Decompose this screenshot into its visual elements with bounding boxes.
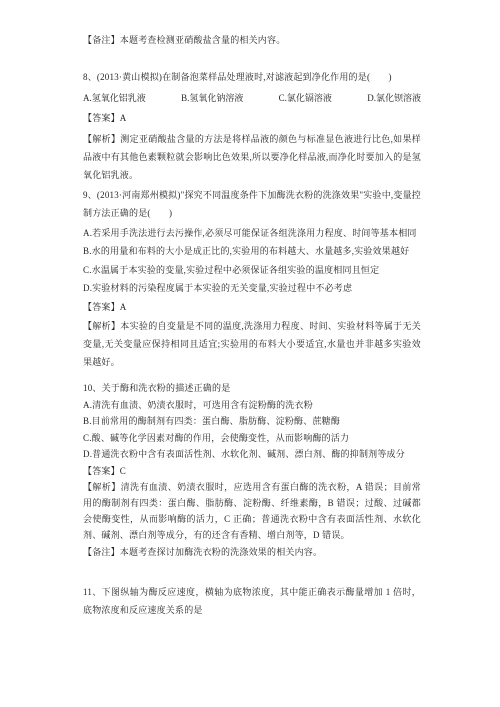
- question-9: 9、(2013·河南郑州模拟)"探究不同温度条件下加酶洗衣粉的洗涤效果"实验中,…: [83, 186, 421, 371]
- q9-option-c: C.水温属于本实验的变量,实验过程中必须保证各组实验的温度相同且恒定: [83, 262, 421, 279]
- q8-answer: 【答案】A: [83, 109, 421, 127]
- q8-option-c: C.氯化镉溶液: [279, 89, 332, 107]
- q10-option-c: C.酸、碱等化学因素对酶的作用，会使酶变性，从而影响酶的活力: [83, 430, 421, 446]
- q7-note: 【备注】本题考查检测亚硝酸盐含量的相关内容。: [83, 31, 421, 49]
- q9-option-a: A.若采用手洗法进行去污操作,必须尽可能保证各组洗涤用力程度、时间等基本相同: [83, 225, 421, 242]
- q10-option-d: D.普通洗衣粉中含有表面活性剂、水软化剂、碱剂、漂白剂、酶的抑制剂等成分: [83, 446, 421, 462]
- q10-option-a: A.清洗有血渍、奶渍衣服时，可选用含有淀粉酶的洗衣粉: [83, 397, 421, 413]
- q9-analysis: 【解析】本实验的自变量是不同的温度,洗涤用力程度、时间、实验材料等属于无关变量,…: [83, 317, 421, 371]
- q9-stem: 9、(2013·河南郑州模拟)"探究不同温度条件下加酶洗衣粉的洗涤效果"实验中,…: [83, 186, 421, 222]
- q8-option-b: B.氢氧化钠溶液: [181, 89, 243, 107]
- q10-analysis: 【解析】清洗有血渍、奶渍衣服时，应选用含有蛋白酶的洗衣粉，A 错误；目前常用的酶…: [83, 479, 421, 543]
- document-page: 【备注】本题考查检测亚硝酸盐含量的相关内容。 8、(2013·黄山模拟)在制备泡…: [0, 0, 500, 707]
- q9-option-d: D.实验材料的污染程度属于本实验的无关变量,实验过程中不必考虑: [83, 280, 421, 297]
- question-11: 11、下图纵轴为酶反应速度，横轴为底物浓度，其中能正确表示酶量增加 1 倍时，底…: [83, 583, 421, 619]
- q9-option-b: B.水的用量和布料的大小是成正比的,实验用的布料越大、水量越多,实验效果越好: [83, 243, 421, 260]
- q9-answer: 【答案】A: [83, 299, 421, 316]
- q10-stem: 10、关于酶和洗衣粉的描述正确的是: [83, 380, 421, 396]
- q8-option-d: D.氯化钡溶液: [367, 89, 421, 107]
- q10-answer: 【答案】C: [83, 463, 421, 479]
- q8-option-a: A.氢氧化铝乳液: [83, 89, 146, 107]
- q8-options: A.氢氧化铝乳液 B.氢氧化钠溶液 C.氯化镉溶液 D.氯化钡溶液: [83, 89, 421, 107]
- question-8: 8、(2013·黄山模拟)在制备泡菜样品处理液时,对滤液起到净化作用的是( ) …: [83, 68, 421, 184]
- q8-stem: 8、(2013·黄山模拟)在制备泡菜样品处理液时,对滤液起到净化作用的是( ): [83, 68, 421, 86]
- q10-option-b: B.目前常用的酶制剂有四类：蛋白酶、脂肪酶、淀粉酶、蔗糖酶: [83, 413, 421, 429]
- question-10: 10、关于酶和洗衣粉的描述正确的是 A.清洗有血渍、奶渍衣服时，可选用含有淀粉酶…: [83, 380, 421, 560]
- q10-note: 【备注】本题考查探讨加酶洗衣粉的洗涤效果的相关内容。: [83, 544, 421, 560]
- q8-analysis: 【解析】测定亚硝酸盐含量的方法是将样品液的颜色与标准显色液进行比色,如果样品液中…: [83, 130, 421, 184]
- q11-stem: 11、下图纵轴为酶反应速度，横轴为底物浓度，其中能正确表示酶量增加 1 倍时，底…: [83, 583, 421, 619]
- document-content: 【备注】本题考查检测亚硝酸盐含量的相关内容。 8、(2013·黄山模拟)在制备泡…: [0, 0, 500, 619]
